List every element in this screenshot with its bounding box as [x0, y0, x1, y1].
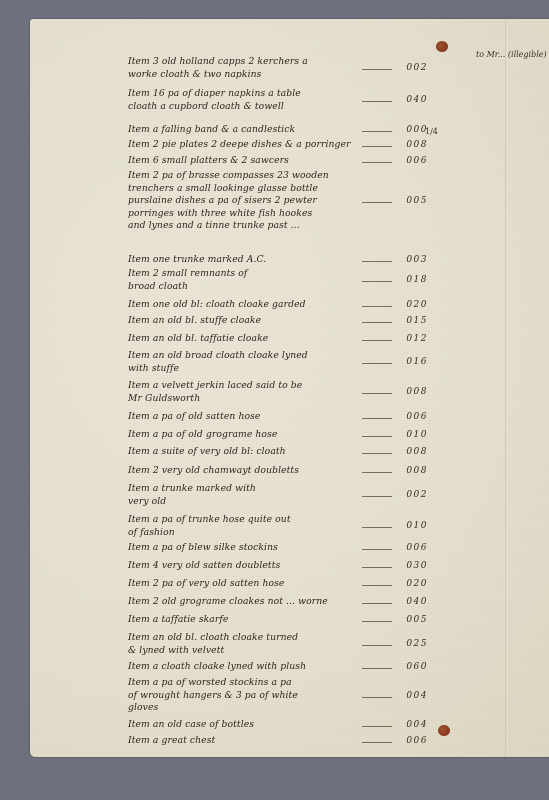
entry-leader-dash	[362, 436, 392, 437]
inventory-entry: Item a velvett jerkin laced said to be M…	[128, 380, 428, 405]
entry-amount: 005	[406, 195, 428, 208]
entry-amount: 003	[406, 254, 428, 267]
inventory-entry: Item 6 small platters & 2 sawcers006	[128, 155, 428, 168]
entry-amount: 008	[406, 446, 428, 459]
entry-amount: 006	[406, 411, 428, 424]
entry-leader-dash	[362, 496, 392, 497]
inventory-entries: Item 3 old holland capps 2 kerchers a wo…	[0, 0, 549, 800]
inventory-entry: Item an old bl. taffatie cloake012	[128, 333, 428, 346]
inventory-entry: Item a taffatie skarfe005	[128, 614, 428, 627]
entry-leader-dash	[362, 472, 392, 473]
inventory-entry: Item a pa of old satten hose006	[128, 411, 428, 424]
entry-amount: 030	[406, 560, 428, 573]
entry-leader-dash	[362, 131, 392, 132]
entry-leader-dash	[362, 306, 392, 307]
entry-leader-dash	[362, 363, 392, 364]
entry-leader-dash	[362, 261, 392, 262]
inventory-entry: Item a pa of old grograme hose010	[128, 429, 428, 442]
inventory-entry: Item an old bl. stuffe cloake015	[128, 315, 428, 328]
inventory-entry: Item 16 pa of diaper napkins a table clo…	[128, 88, 428, 113]
entry-leader-dash	[362, 322, 392, 323]
inventory-entry: Item 3 old holland capps 2 kerchers a wo…	[128, 56, 428, 81]
inventory-entry: Item a pa of worsted stockins a pa of wr…	[128, 677, 428, 715]
entry-amount: 040	[406, 94, 428, 107]
entry-amount: 008	[406, 139, 428, 152]
entry-amount: 002	[406, 62, 428, 75]
entry-leader-dash	[362, 668, 392, 669]
entry-amount: 025	[406, 638, 428, 651]
entry-leader-dash	[362, 418, 392, 419]
entry-amount: 018	[406, 274, 428, 287]
entry-amount: 012	[406, 333, 428, 346]
entry-leader-dash	[362, 340, 392, 341]
inventory-entry: Item a pa of trunke hose quite out of fa…	[128, 514, 428, 539]
inventory-entry: Item 2 pa of brasse compasses 23 wooden …	[128, 170, 428, 233]
inventory-entry: Item an old broad cloath cloake lyned wi…	[128, 350, 428, 375]
entry-amount: 005	[406, 614, 428, 627]
inventory-entry: Item a trunke marked with very old002	[128, 483, 428, 508]
entry-amount: 006	[406, 155, 428, 168]
entry-leader-dash	[362, 726, 392, 727]
entry-leader-dash	[362, 603, 392, 604]
inventory-entry: Item an old case of bottles004	[128, 719, 428, 732]
entry-leader-dash	[362, 101, 392, 102]
entry-leader-dash	[362, 549, 392, 550]
entry-leader-dash	[362, 162, 392, 163]
inventory-entry: Item 2 pa of very old satten hose020	[128, 578, 428, 591]
inventory-entry: Item a suite of very old bl: cloath008	[128, 446, 428, 459]
entry-amount: 016	[406, 356, 428, 369]
entry-leader-dash	[362, 645, 392, 646]
inventory-entry: Item one old bl: cloath cloake garded020	[128, 299, 428, 312]
entry-amount: 020	[406, 299, 428, 312]
entry-amount: 060	[406, 661, 428, 674]
entry-leader-dash	[362, 69, 392, 70]
inventory-entry: Item 4 very old satten doubletts030	[128, 560, 428, 573]
entry-amount: 015	[406, 315, 428, 328]
inventory-entry: Item 2 very old chamwayt doubletts008	[128, 465, 428, 478]
entry-amount: 010	[406, 520, 428, 533]
entry-leader-dash	[362, 393, 392, 394]
entry-leader-dash	[362, 697, 392, 698]
entry-leader-dash	[362, 453, 392, 454]
entry-amount: 000	[406, 124, 428, 137]
entry-leader-dash	[362, 585, 392, 586]
entry-leader-dash	[362, 527, 392, 528]
inventory-entry: Item a great chest006	[128, 735, 428, 748]
entry-amount: 010	[406, 429, 428, 442]
entry-amount: 004	[406, 719, 428, 732]
entry-amount: 006	[406, 542, 428, 555]
entry-amount: 006	[406, 735, 428, 748]
entry-leader-dash	[362, 202, 392, 203]
inventory-entry: Item a falling band & a candlestick000	[128, 124, 428, 137]
entry-amount: 020	[406, 578, 428, 591]
inventory-entry: Item an old bl. cloath cloake turned & l…	[128, 632, 428, 657]
entry-leader-dash	[362, 567, 392, 568]
entry-amount: 002	[406, 489, 428, 502]
inventory-entry: Item 2 pie plates 2 deepe dishes & a por…	[128, 139, 428, 152]
entry-leader-dash	[362, 621, 392, 622]
entry-leader-dash	[362, 742, 392, 743]
inventory-entry: Item 2 old grograme cloakes not ... worn…	[128, 596, 428, 609]
inventory-entry: Item a pa of blew silke stockins006	[128, 542, 428, 555]
entry-amount: 008	[406, 465, 428, 478]
inventory-entry: Item a cloath cloake lyned with plush060	[128, 661, 428, 674]
inventory-entry: Item one trunke marked A.C.003	[128, 254, 428, 267]
entry-leader-dash	[362, 281, 392, 282]
entry-amount: 040	[406, 596, 428, 609]
entry-leader-dash	[362, 146, 392, 147]
entry-amount: 004	[406, 690, 428, 703]
inventory-entry: Item 2 small remnants of broad cloath018	[128, 268, 428, 293]
entry-amount: 008	[406, 386, 428, 399]
